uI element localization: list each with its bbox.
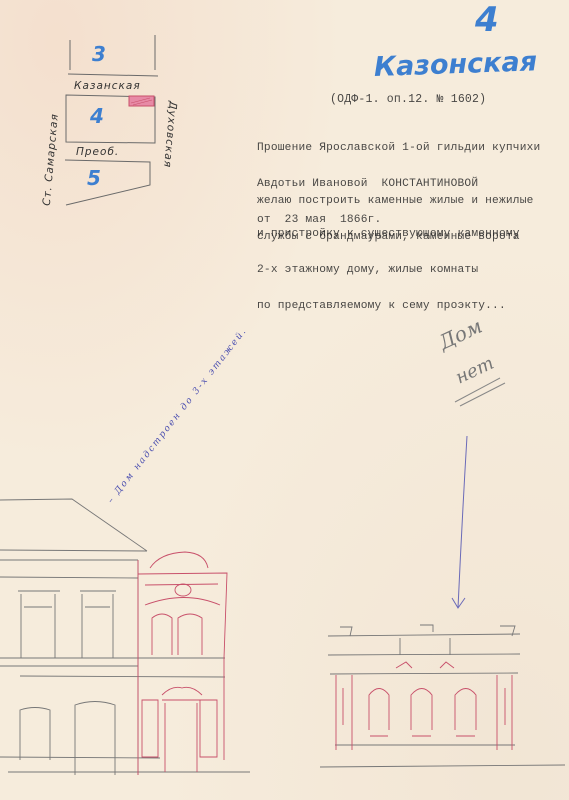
existing-building-facade bbox=[0, 499, 250, 775]
annex-facade bbox=[138, 552, 227, 775]
archival-document-page: 4 Казонская (ОДФ-1. оп.12. № 1602) Проше… bbox=[0, 0, 569, 800]
arrow-icon bbox=[452, 436, 467, 608]
facade-drawings bbox=[0, 0, 569, 800]
proposed-building-facade bbox=[320, 625, 565, 767]
